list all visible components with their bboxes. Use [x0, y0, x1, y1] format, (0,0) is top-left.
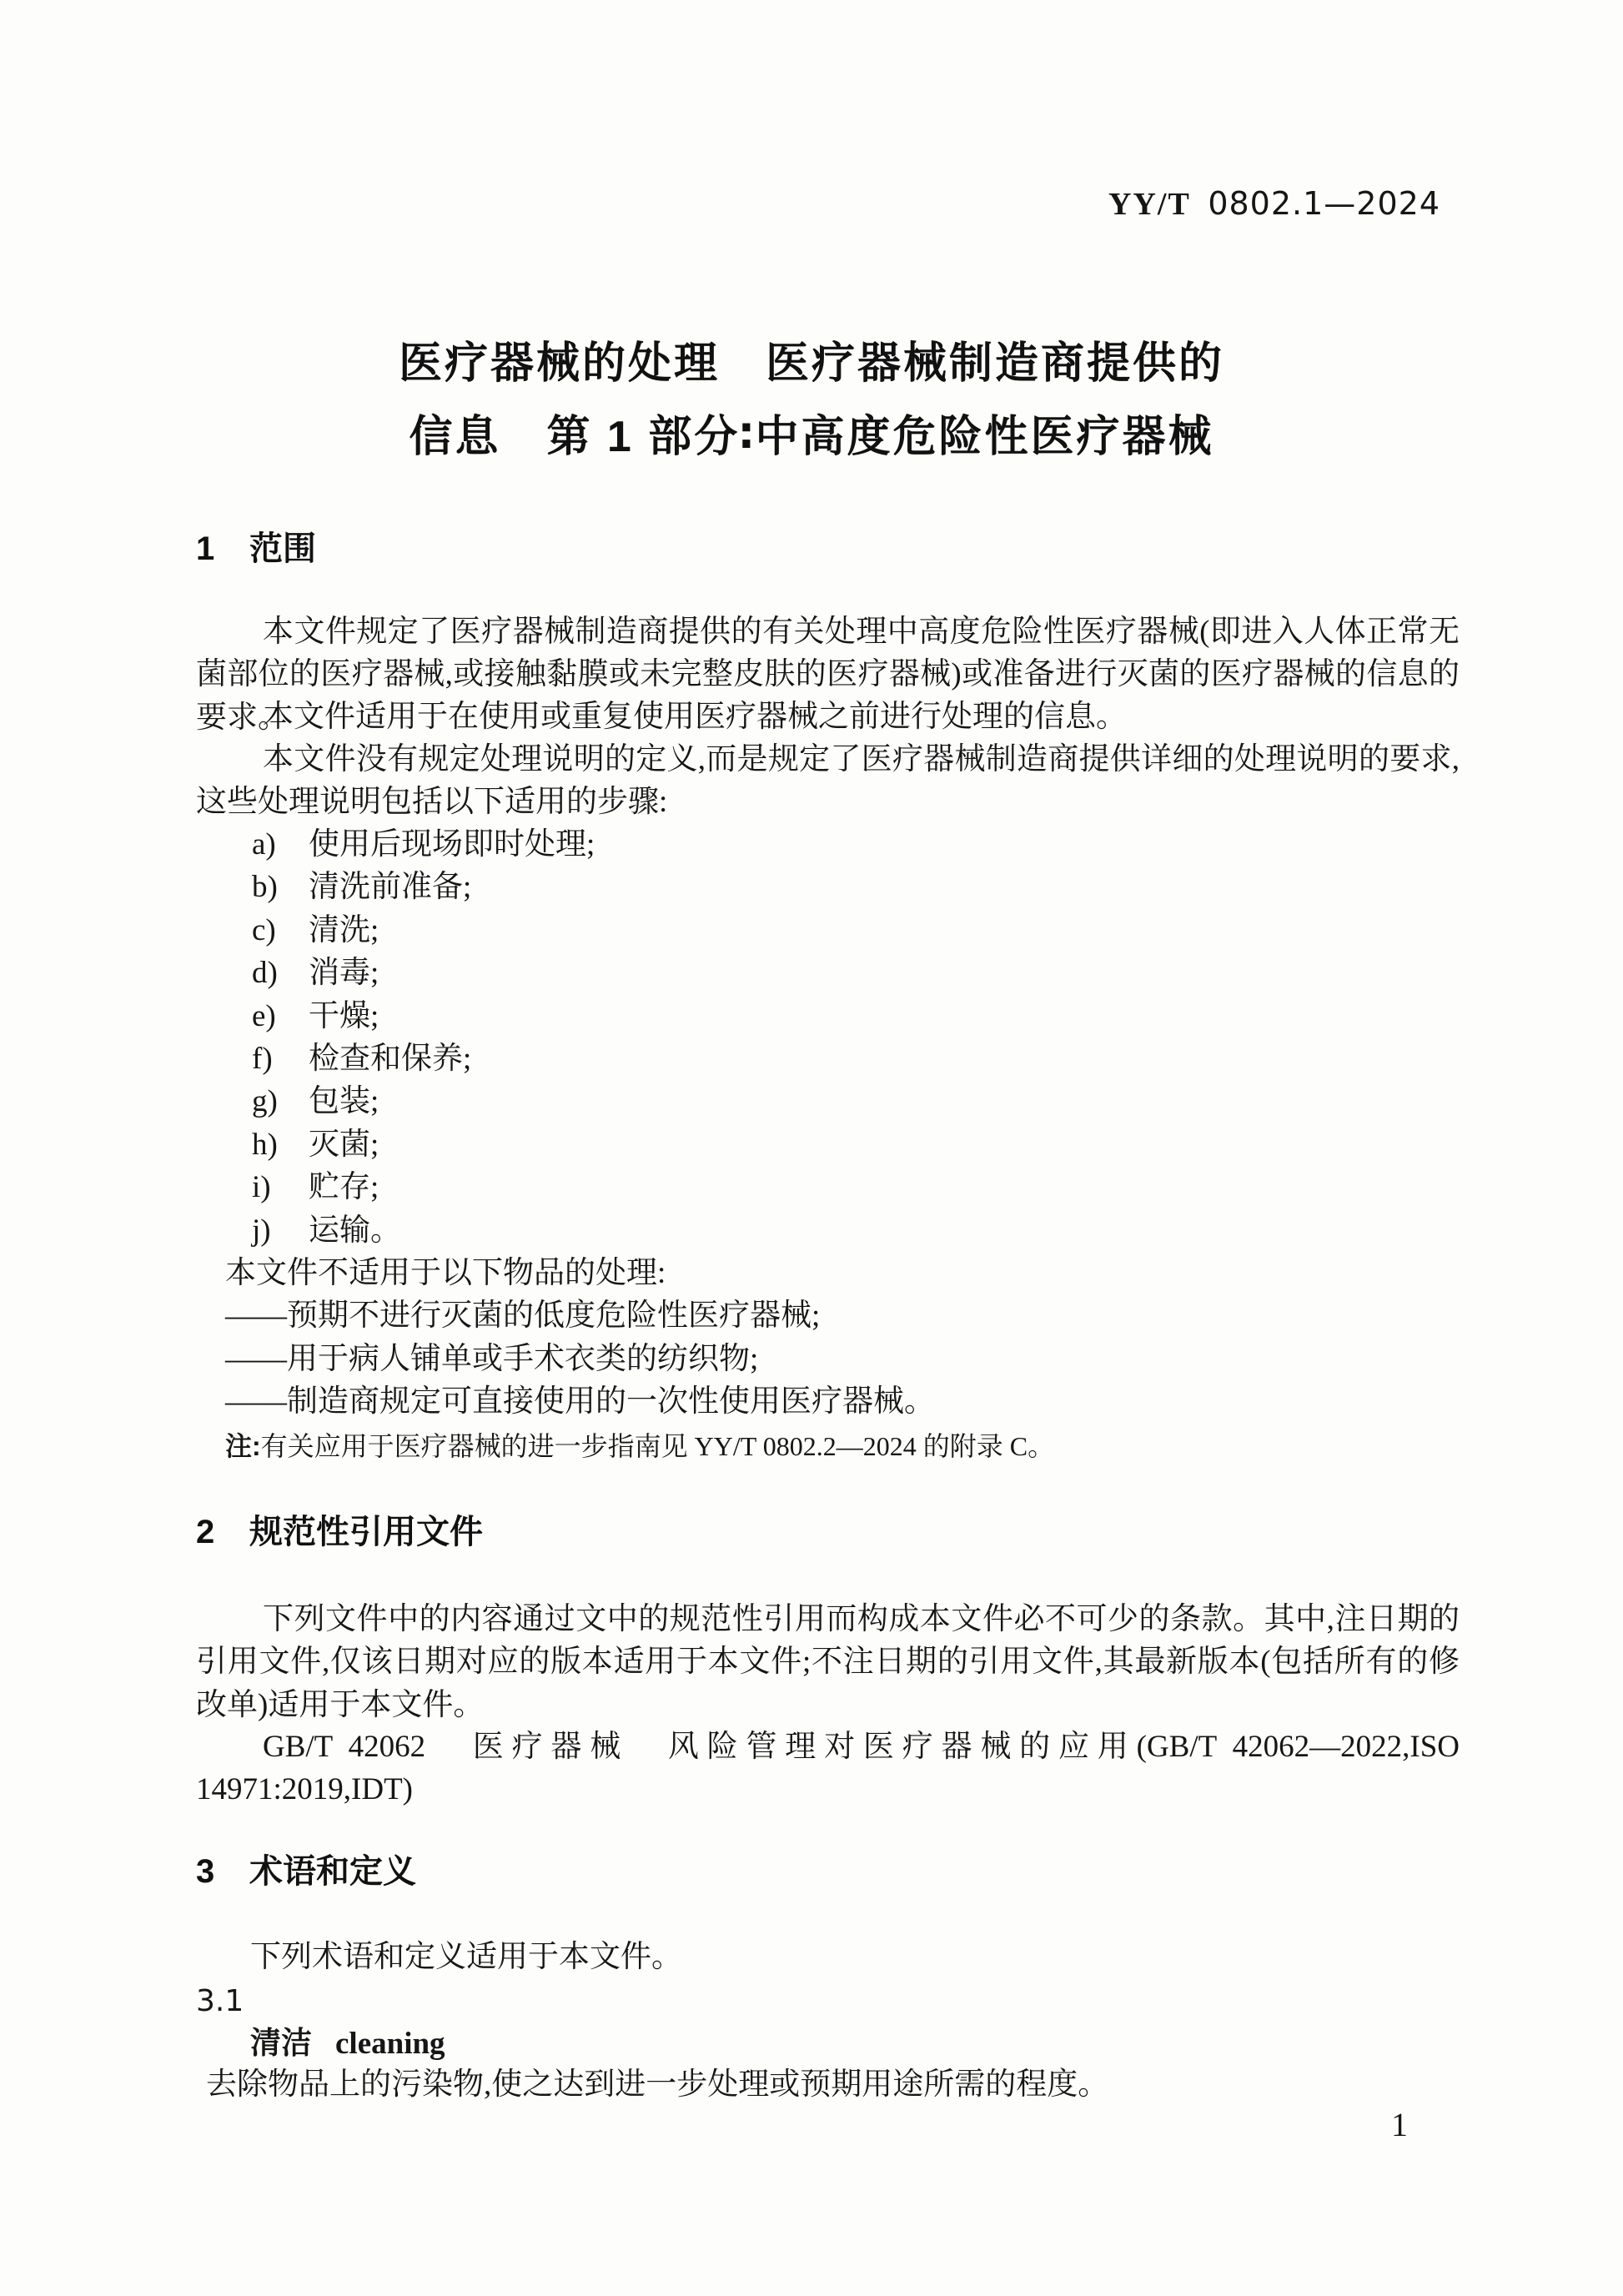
standard-code-prefix: YY/T: [1108, 187, 1191, 222]
exclusion-item-3: ——制造商规定可直接使用的一次性使用医疗器械。: [225, 1380, 1460, 1423]
step-item-i: i)贮存;: [252, 1166, 1460, 1208]
step-label-f: f): [252, 1037, 309, 1080]
note-label: 注:: [225, 1431, 261, 1461]
term-entry-number: 3.1: [196, 1980, 1460, 2022]
term-name-zh: 清洁: [250, 2026, 312, 2060]
clause-3-number: 3: [196, 1853, 249, 1890]
scope-paragraph-3: 本文件没有规定处理说明的定义,而是规定了医疗器械制造商提供详细的处理说明的要求,…: [196, 738, 1460, 824]
exclusion-item-1: ——预期不进行灭菌的低度危险性医疗器械;: [225, 1294, 1460, 1337]
step-text-e: 干燥;: [309, 999, 379, 1033]
step-text-b: 清洗前准备;: [309, 870, 471, 904]
step-label-e: e): [252, 995, 309, 1037]
step-item-b: b)清洗前准备;: [252, 866, 1460, 908]
clause-3-heading: 3术语和定义: [196, 1853, 1460, 1890]
scope-not-applicable-intro: 本文件不适用于以下物品的处理:: [225, 1252, 1460, 1294]
step-label-g: g): [252, 1080, 309, 1123]
step-text-c: 清洗;: [309, 913, 379, 947]
scope-paragraph-2: 本文件适用于在使用或重复使用医疗器械之前进行处理的信息。: [196, 696, 1460, 738]
step-label-d: d): [252, 952, 309, 994]
step-item-f: f)检查和保养;: [252, 1037, 1460, 1080]
document-code: YY/T 0802.1—2024: [1108, 185, 1440, 223]
step-item-a: a)使用后现场即时处理;: [252, 823, 1460, 866]
scope-step-list: a)使用后现场即时处理; b)清洗前准备; c)清洗; d)消毒; e)干燥; …: [196, 823, 1460, 1424]
document-title-line1: 医疗器械的处理 医疗器械制造商提供的: [0, 327, 1623, 400]
step-label-c: c): [252, 909, 309, 952]
clause-2-number: 2: [196, 1514, 249, 1550]
terms-intro: 下列术语和定义适用于本文件。: [196, 1936, 1460, 1978]
step-label-b: b): [252, 866, 309, 908]
step-item-j: j)运输。: [252, 1209, 1460, 1252]
step-text-a: 使用后现场即时处理;: [309, 827, 595, 862]
document-page: YY/T 0802.1—2024 医疗器械的处理 医疗器械制造商提供的 信息 第…: [0, 0, 1623, 2296]
references-paragraph: 下列文件中的内容通过文中的规范性引用而构成本文件必不可少的条款。其中,注日期的引…: [196, 1598, 1460, 1726]
clause-3-label: 术语和定义: [249, 1853, 416, 1890]
step-item-c: c)清洗;: [252, 909, 1460, 952]
step-item-d: d)消毒;: [252, 952, 1460, 994]
clause-1-label: 范围: [249, 530, 316, 567]
document-title: 医疗器械的处理 医疗器械制造商提供的 信息 第 1 部分∶中高度危险性医疗器械: [0, 327, 1623, 474]
step-text-i: 贮存;: [309, 1170, 379, 1204]
reference-entry-gbt42062: GB/T 42062 医疗器械 风险管理对医疗器械的应用(GB/T 42062—…: [196, 1726, 1460, 1811]
clause-1-number: 1: [196, 530, 249, 567]
clause-2-label: 规范性引用文件: [249, 1514, 483, 1550]
step-item-h: h)灭菌;: [252, 1123, 1460, 1166]
term-definition: 去除物品上的污染物,使之达到进一步处理或预期用途所需的程度。: [196, 2063, 1460, 2106]
exclusion-item-2: ——用于病人铺单或手术衣类的纺织物;: [225, 1338, 1460, 1380]
document-title-line2: 信息 第 1 部分∶中高度危险性医疗器械: [0, 400, 1623, 474]
page-number: 1: [1391, 2105, 1408, 2145]
term-name-en: cleaning: [335, 2027, 445, 2061]
clause-1-heading: 1范围: [196, 530, 1460, 567]
step-text-j: 运输。: [309, 1213, 401, 1248]
term-entry-title: 清洁cleaning: [196, 2022, 1460, 2065]
scope-note: 注:有关应用于医疗器械的进一步指南见 YY/T 0802.2—2024 的附录 …: [225, 1429, 1460, 1464]
step-label-j: j): [252, 1209, 309, 1252]
step-label-i: i): [252, 1166, 309, 1208]
standard-code-number: 0802.1—2024: [1208, 185, 1440, 222]
step-item-e: e)干燥;: [252, 995, 1460, 1037]
step-item-g: g)包装;: [252, 1080, 1460, 1123]
step-text-h: 灭菌;: [309, 1128, 379, 1162]
step-label-a: a): [252, 823, 309, 866]
step-label-h: h): [252, 1123, 309, 1166]
step-text-f: 检查和保养;: [309, 1042, 471, 1076]
step-text-g: 包装;: [309, 1084, 379, 1118]
step-text-d: 消毒;: [309, 956, 379, 990]
clause-2-heading: 2规范性引用文件: [196, 1514, 1460, 1550]
note-text: 有关应用于医疗器械的进一步指南见 YY/T 0802.2—2024 的附录 C。: [261, 1431, 1054, 1461]
